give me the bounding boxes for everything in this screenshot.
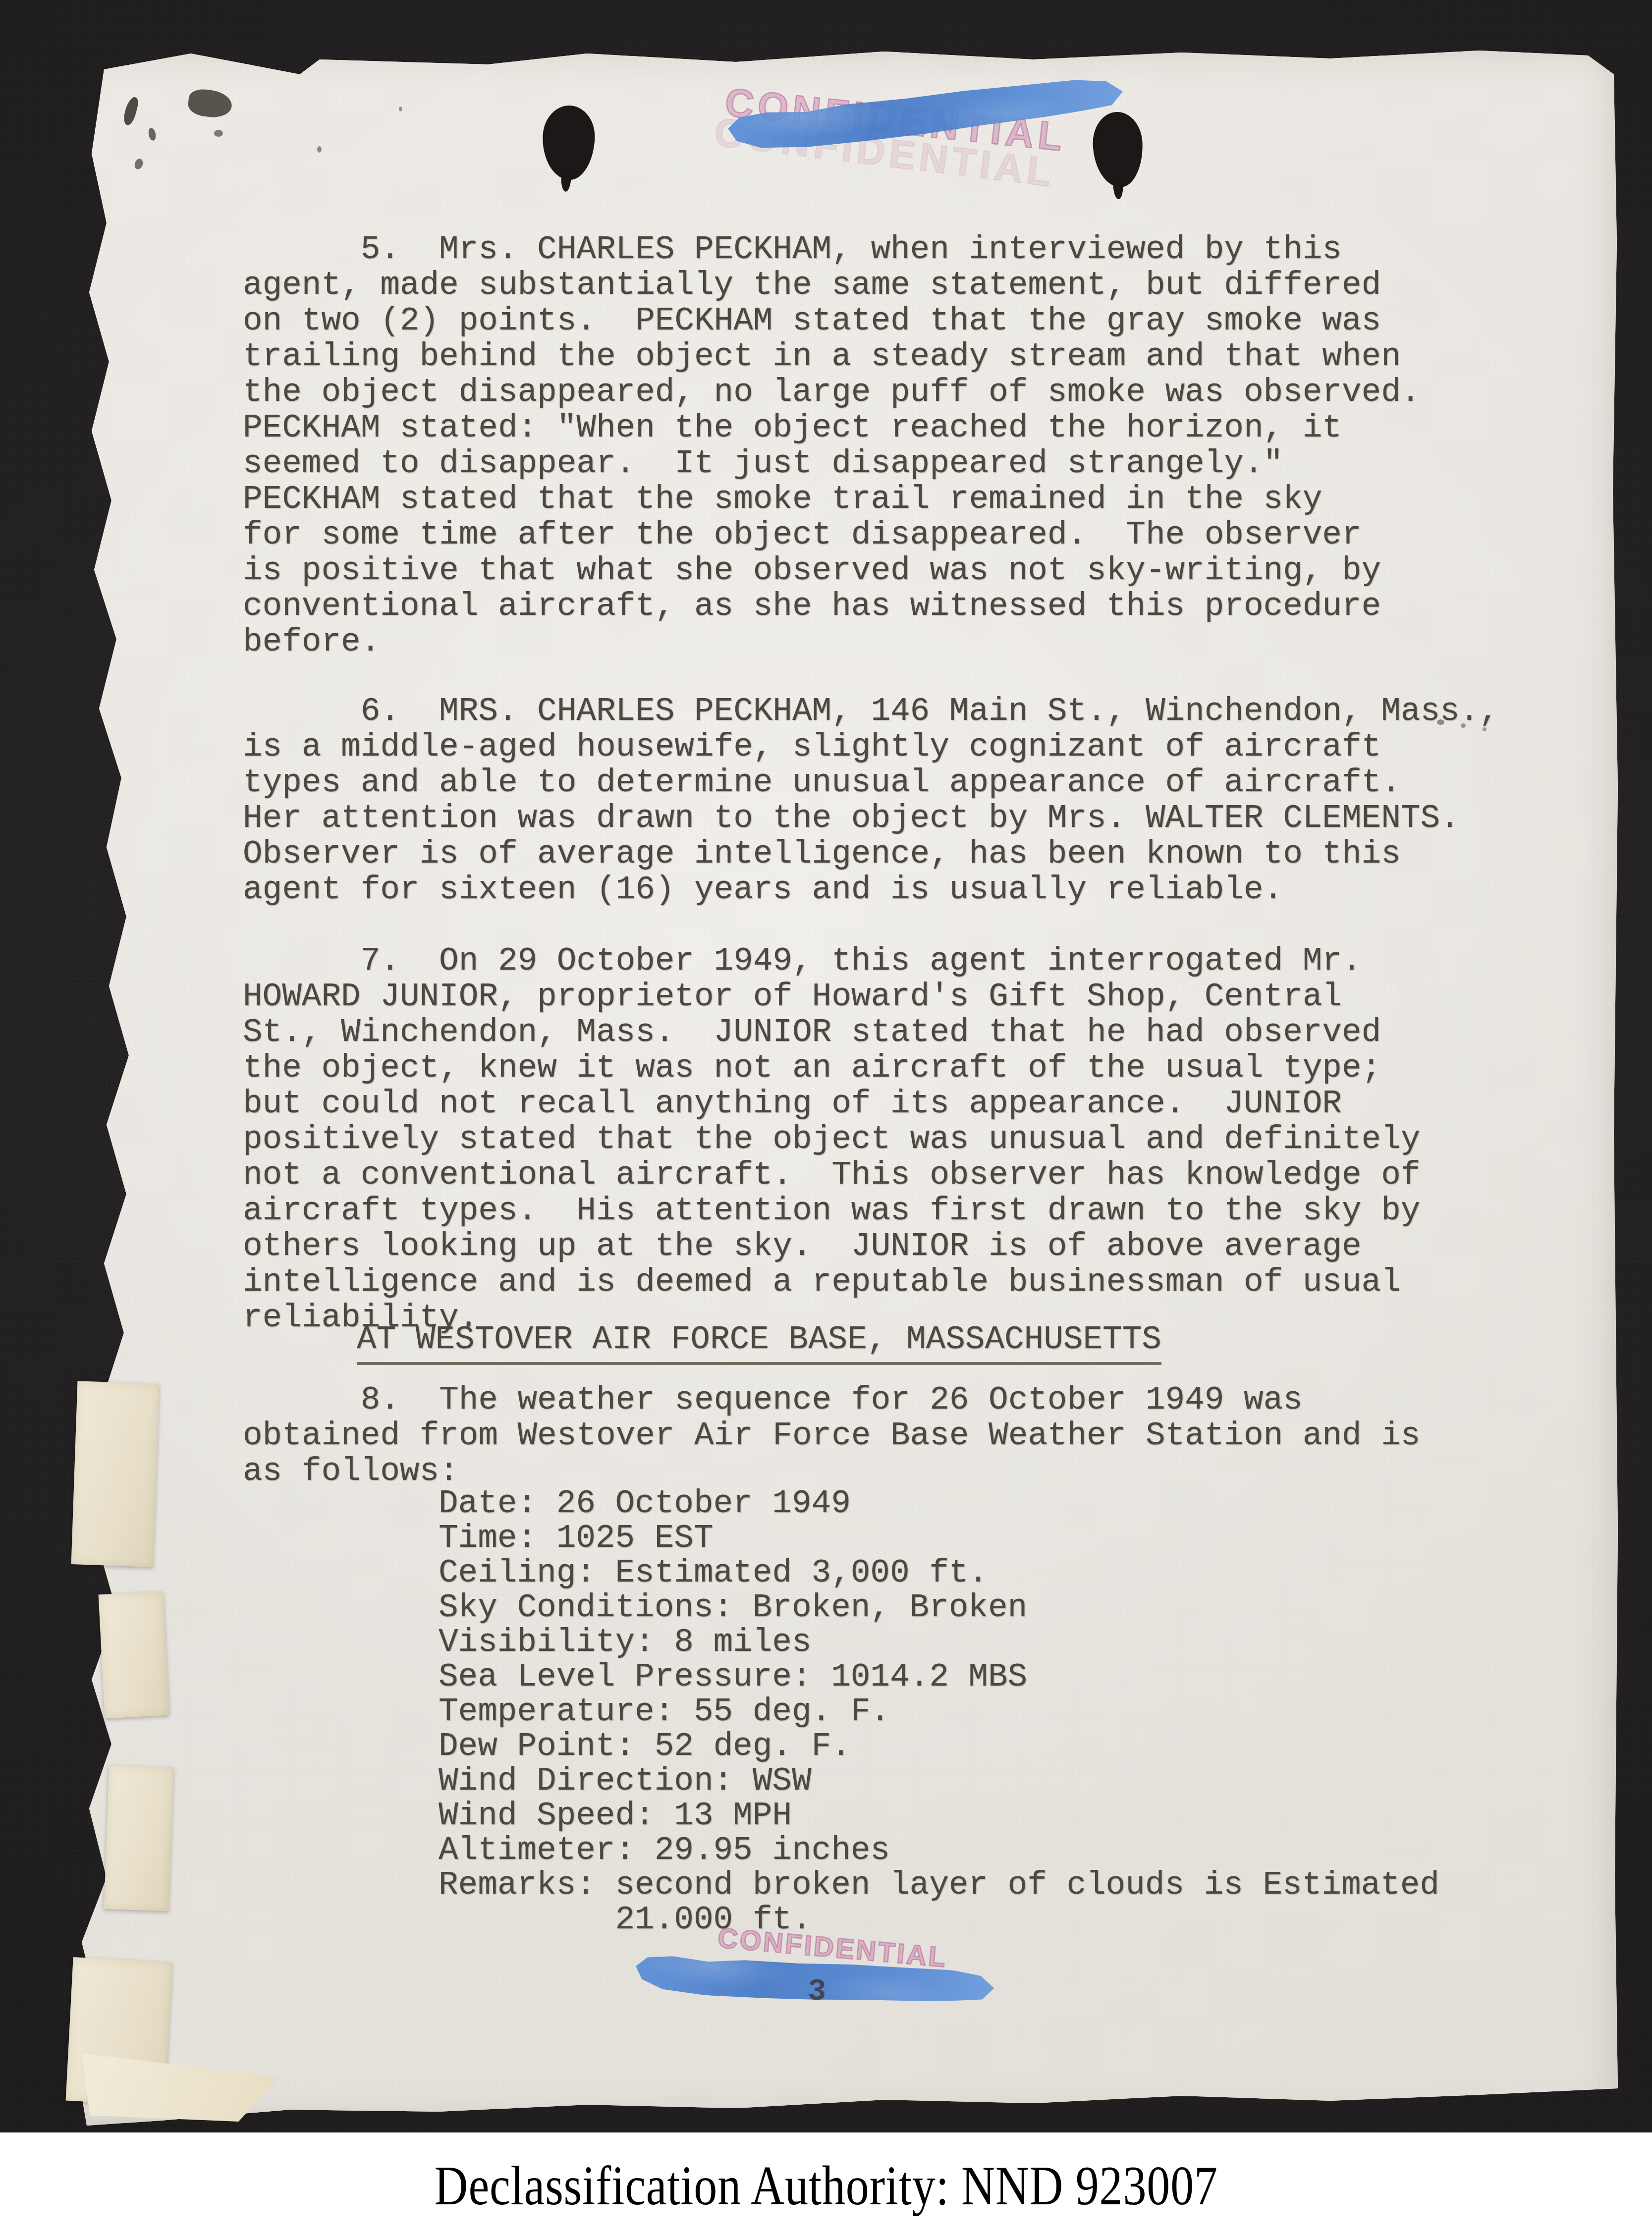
ink-smudge — [214, 130, 223, 137]
page-number: 3 — [807, 1973, 827, 2009]
section-heading: AT WESTOVER AIR FORCE BASE, MASSACHUSETT… — [357, 1321, 1161, 1365]
ink-smudge — [399, 107, 402, 111]
weather-report-list: Date: 26 October 1949 Time: 1025 EST Cei… — [439, 1486, 1439, 1937]
document-paragraph-8: 8. The weather sequence for 26 October 1… — [243, 1382, 1420, 1489]
document-paragraph-7: 7. On 29 October 1949, this agent interr… — [243, 943, 1420, 1336]
document-paragraph-5: 5. Mrs. CHARLES PECKHAM, when interviewe… — [243, 232, 1420, 660]
scanned-document-page: CONFIDENTIAL CONFIDENTIAL 5. Mrs. CHARLE… — [0, 0, 1652, 2240]
tape-piece — [71, 1381, 160, 1567]
declassification-footer: Declassification Authority: NND 923007 — [0, 2132, 1652, 2240]
declassification-authority-text: Declassification Authority: NND 923007 — [434, 2154, 1217, 2218]
tape-piece — [99, 1591, 169, 1718]
document-paragraph-6: 6. MRS. CHARLES PECKHAM, 146 Main St., W… — [243, 694, 1499, 908]
ink-smudge — [317, 146, 322, 153]
tape-piece — [104, 1765, 173, 1911]
